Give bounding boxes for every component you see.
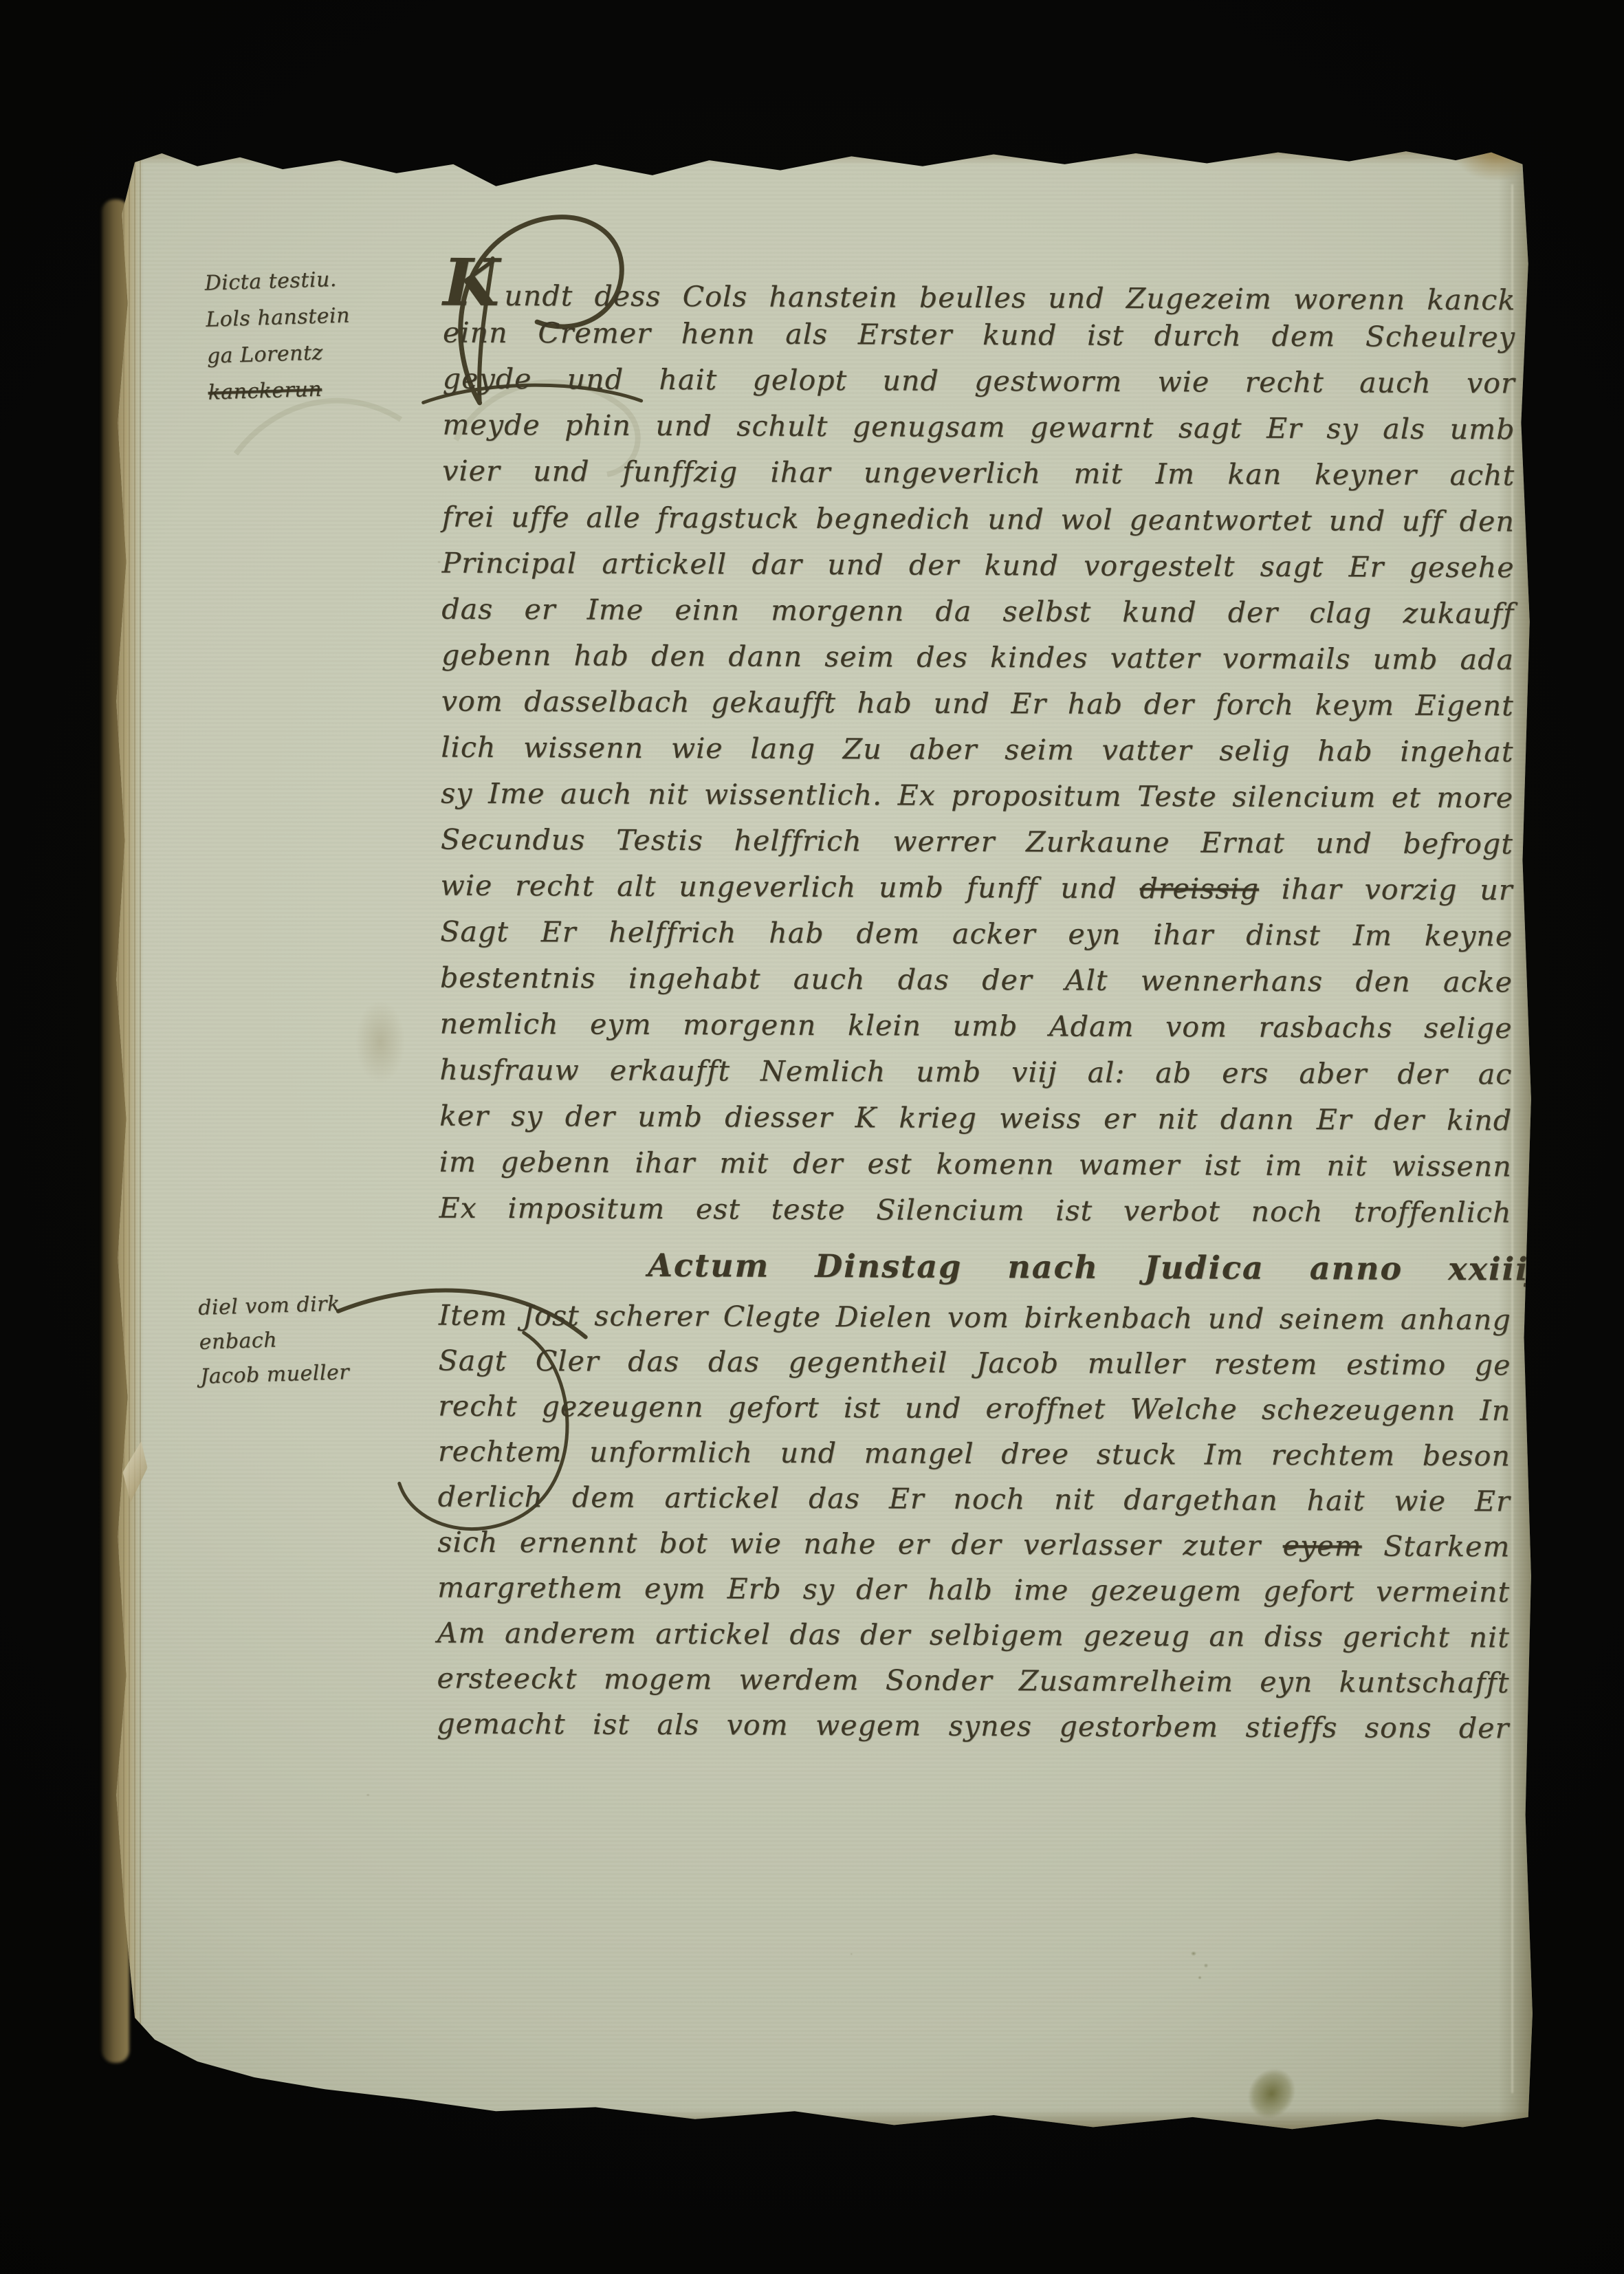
writing-layer: Dicta testiu.Lols hansteinga Lorentzkanc… (108, 142, 1539, 2136)
manuscript-line: Item Jost scherer Clegte Dielen vom birk… (439, 1293, 1511, 1343)
manuscript-line: ker sy der umb diesser K krieg weiss er … (439, 1093, 1512, 1144)
margin-note-top: Dicta testiu.Lols hansteinga Lorentzkanc… (204, 261, 353, 411)
manuscript-line: margrethem eym Erb sy der halb ime gezeu… (437, 1565, 1510, 1615)
manuscript-line: bestentnis ingehabt auch das der Alt wen… (440, 955, 1513, 1006)
testimony-block-2: Item Jost scherer Clegte Dielen vom birk… (437, 1293, 1511, 1751)
manuscript-line: im gebenn ihar mit der est komenn wamer … (439, 1139, 1512, 1190)
manuscript-line: derlich dem artickel das Er noch nit dar… (438, 1474, 1511, 1524)
manuscript-line: Dicta testiu. (204, 261, 349, 301)
manuscript-line: Ex impositum est teste Silencium ist ver… (439, 1185, 1511, 1236)
manuscript-line: ersteeckt mogem werdem Sonder Zusamrelhe… (437, 1656, 1509, 1706)
manuscript-line: husfrauw erkaufft Nemlich umb viij al: a… (439, 1047, 1512, 1098)
manuscript-line: einn Cremer henn als Erster kund ist dur… (443, 310, 1515, 361)
manuscript-line: rechtem unformlich und mangel dree stuck… (438, 1429, 1511, 1479)
manuscript-line: geyde und hait gelopt und gestworm wie r… (443, 356, 1515, 407)
manuscript-line: Sagt Er helffrich hab dem acker eyn ihar… (440, 909, 1513, 960)
manuscript-line: Am anderem artickel das der selbigem gez… (437, 1610, 1510, 1661)
manuscript-line: wie recht alt ungeverlich umb funff und … (440, 863, 1513, 914)
manuscript-line: lich wissenn wie lang Zu aber seim vatte… (441, 725, 1513, 776)
manuscript-line: Secundus Testis helffrich werrer Zurkaun… (441, 817, 1513, 868)
manuscript-line: Lols hanstein (206, 297, 351, 338)
manuscript-line: enbach (199, 1321, 349, 1360)
testimony-block-1: Kundt dess Cols hanstein beulles und Zug… (439, 264, 1515, 1236)
manuscript-line: Jacob mueller (200, 1355, 350, 1395)
manuscript-line: recht gezeugenn gefort ist und eroffnet … (438, 1384, 1511, 1434)
manuscript-page: Dicta testiu.Lols hansteinga Lorentzkanc… (112, 144, 1534, 2133)
manuscript-line: gebenn hab den dann seim des kindes vatt… (441, 633, 1514, 684)
struck-word: eyem (1283, 1529, 1362, 1563)
manuscript-line: meyde phin und schult genugsam gewarnt s… (442, 402, 1515, 453)
manuscript-line: Kundt dess Cols hanstein beulles und Zug… (443, 264, 1515, 315)
manuscript-line: nemlich eym morgenn klein umb Adam vom r… (440, 1001, 1513, 1052)
manuscript-line: Sagt Cler das das gegentheil Jacob mulle… (438, 1338, 1511, 1388)
dateline: Actum Dinstag nach Judica anno xxiiij (648, 1241, 1541, 1293)
manuscript-line: vier und funffzig ihar ungeverlich mit I… (442, 448, 1515, 499)
manuscript-line: das er Ime einn morgenn da selbst kund d… (441, 587, 1514, 637)
manuscript-line: vom dasselbach gekaufft hab und Er hab d… (441, 679, 1514, 730)
manuscript-line: sich ernennt bot wie nahe er der verlass… (437, 1520, 1510, 1570)
manuscript-line: Principal artickell dar und der kund vor… (442, 540, 1515, 591)
manuscript-line: sy Ime auch nit wissentlich. Ex proposit… (441, 771, 1513, 822)
manuscript-line: diel vom dirk (197, 1287, 347, 1326)
manuscript-line: gemacht ist als vom wegem synes gestorbe… (437, 1701, 1509, 1751)
margin-note-bottom: diel vom dirkenbachJacob mueller (197, 1287, 349, 1395)
manuscript-line: frei uffe alle fragstuck begnedich und w… (442, 494, 1515, 545)
manuscript-line: ga Lorentz (206, 334, 351, 374)
struck-word: kanckerun (208, 378, 322, 405)
manuscript-line: kanckerun (208, 370, 353, 411)
struck-word: dreissig (1139, 872, 1259, 906)
